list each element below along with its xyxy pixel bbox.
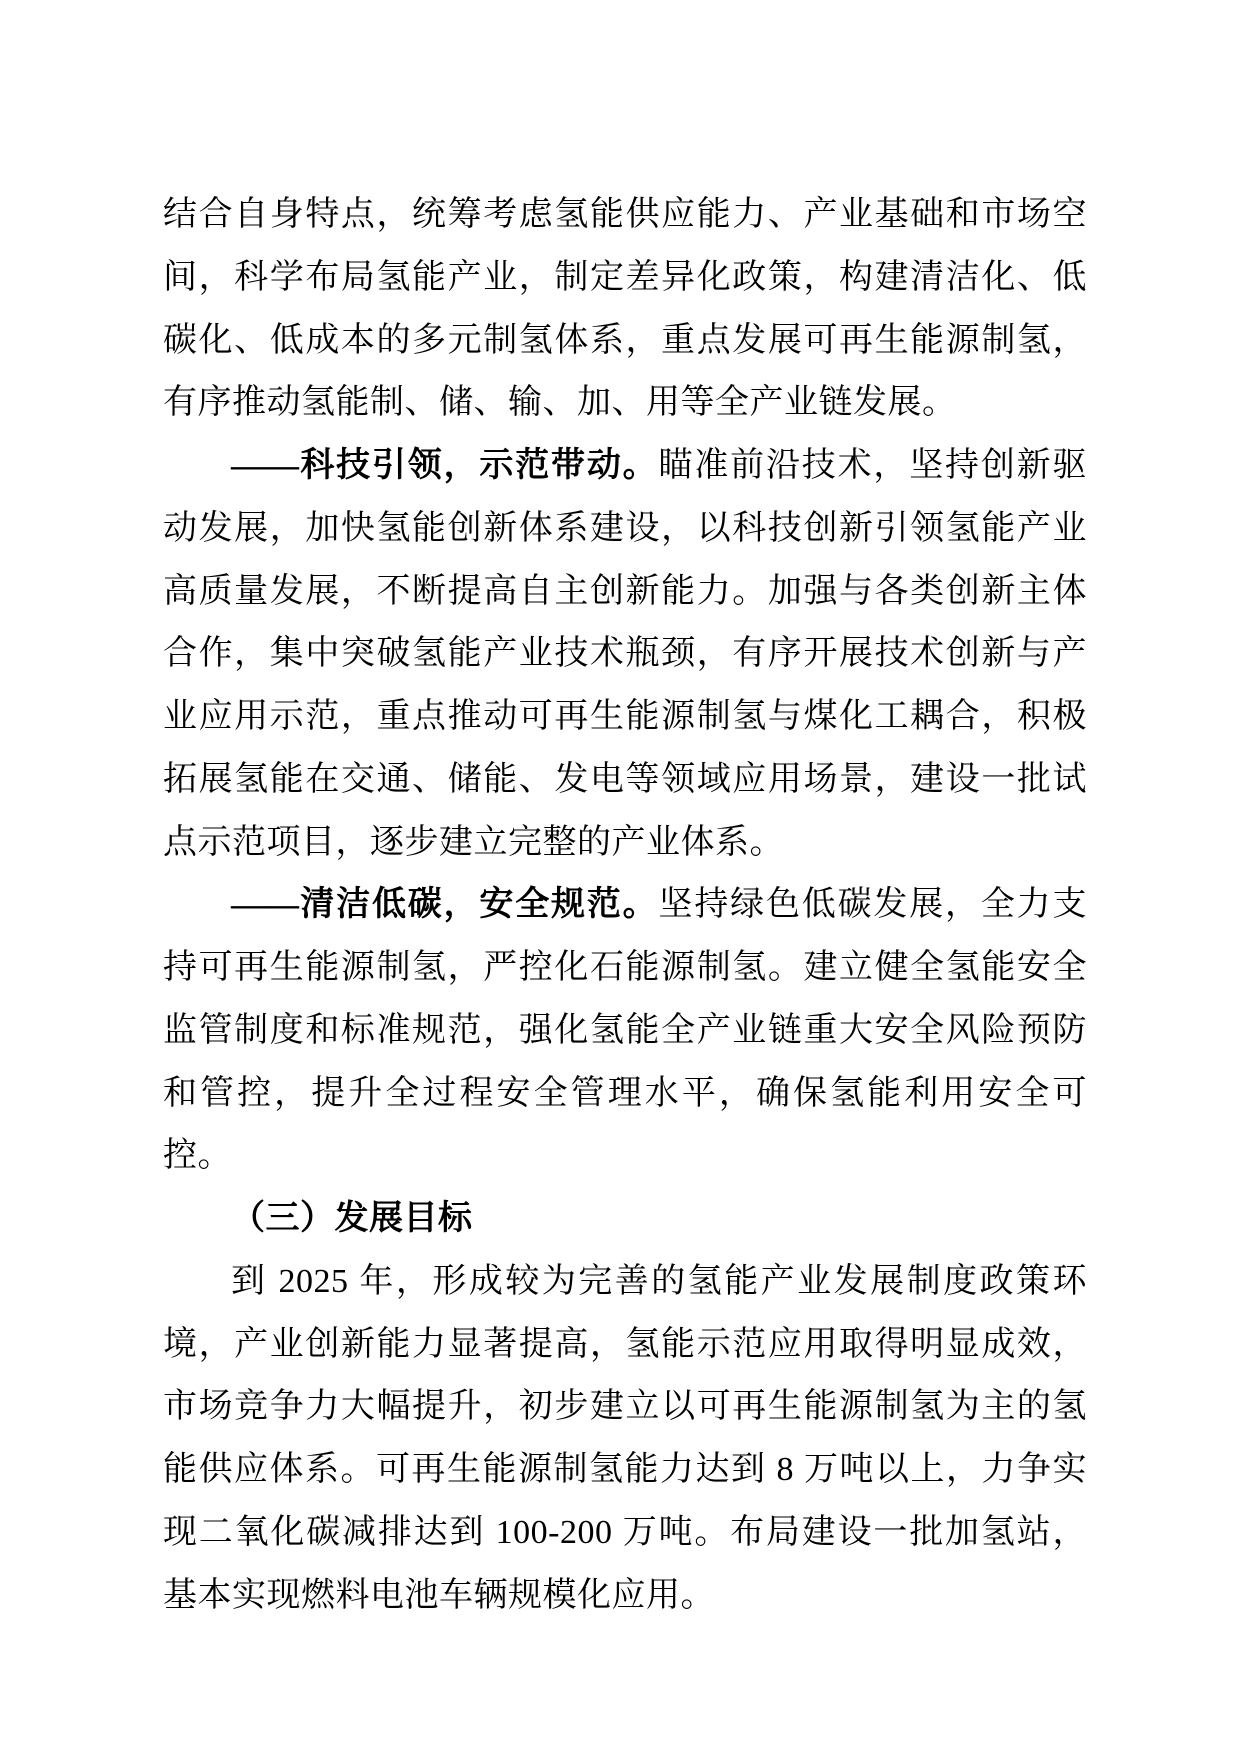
paragraph-principle-science: ——科技引领，示范带动。瞄准前沿技术，坚持创新驱动发展，加快氢能创新体系建设，以… <box>163 435 1087 874</box>
principle-lead-clean: 清洁低碳，安全规范。 <box>299 886 659 923</box>
paragraph-text: 坚持绿色低碳发展，全力支持可再生能源制氢，严控化石能源制氢。建立健全氢能安全监管… <box>163 886 1087 1174</box>
section-heading-development-goals: （三）发展目标 <box>163 1188 1087 1251</box>
document-page: 结合自身特点，统筹考虑氢能供应能力、产业基础和市场空间，科学布局氢能产业，制定差… <box>0 0 1240 1754</box>
em-dash: —— <box>231 447 299 484</box>
principle-lead-science: 科技引领，示范带动。 <box>299 447 659 484</box>
document-body: 结合自身特点，统筹考虑氢能供应能力、产业基础和市场空间，科学布局氢能产业，制定差… <box>163 184 1087 1627</box>
paragraph-continuation: 结合自身特点，统筹考虑氢能供应能力、产业基础和市场空间，科学布局氢能产业，制定差… <box>163 184 1087 435</box>
em-dash: —— <box>231 886 299 923</box>
paragraph-text: 瞄准前沿技术，坚持创新驱动发展，加快氢能创新体系建设，以科技创新引领氢能产业高质… <box>163 447 1087 861</box>
paragraph-principle-clean: ——清洁低碳，安全规范。坚持绿色低碳发展，全力支持可再生能源制氢，严控化石能源制… <box>163 874 1087 1188</box>
paragraph-2025-goals: 到 2025 年，形成较为完善的氢能产业发展制度政策环境，产业创新能力显著提高，… <box>163 1251 1087 1628</box>
